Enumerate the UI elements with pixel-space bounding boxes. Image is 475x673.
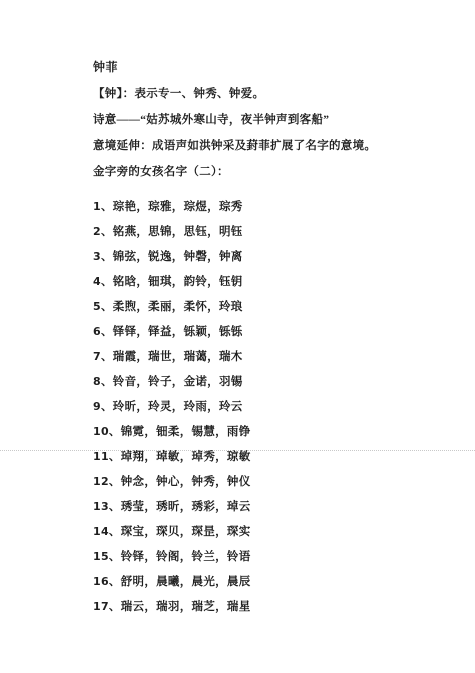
name-list-row: 9、玲昕，玲灵，玲雨，玲云 — [93, 394, 445, 419]
row-separator: 、 — [109, 601, 121, 613]
row-names: 铃音，铃子，金诺，羽锡 — [113, 376, 243, 388]
row-names: 锦霓，钿柔，锡慧，雨铮 — [121, 426, 251, 438]
row-names: 柔煦，柔丽，柔怀，玲琅 — [113, 301, 243, 313]
name-list-row: 17、瑞云，瑞羽，瑞芝，瑞星 — [93, 594, 445, 619]
row-number: 17 — [93, 600, 109, 613]
row-separator: 、 — [101, 326, 113, 338]
name-list-row: 14、琛宝，琛贝，琛昰，琛实 — [93, 519, 445, 544]
row-number: 9 — [93, 400, 101, 413]
name-list-row: 2、铭燕，思锦，思钰，明钰 — [93, 219, 445, 244]
row-names: 铎铎，铎益，铄颖，铄铄 — [113, 326, 243, 338]
row-separator: 、 — [101, 201, 113, 213]
section-heading: 金字旁的女孩名字（二）： — [93, 165, 445, 180]
row-number: 6 — [93, 325, 101, 338]
row-separator: 、 — [109, 426, 121, 438]
poetry-line: 诗意——“姑苏城外寒山寺，夜半钟声到客船” — [93, 113, 445, 128]
row-separator: 、 — [109, 501, 121, 513]
row-separator: 、 — [101, 401, 113, 413]
document-page: 钟菲 【钟】：表示专一、钟秀、钟爱。 诗意——“姑苏城外寒山寺，夜半钟声到客船”… — [0, 0, 475, 673]
row-separator: 、 — [101, 226, 113, 238]
row-names: 瑞云，瑞羽，瑞芝，瑞星 — [121, 601, 251, 613]
row-number: 7 — [93, 350, 101, 363]
row-number: 4 — [93, 275, 101, 288]
definition-line: 【钟】：表示专一、钟秀、钟爱。 — [93, 87, 445, 102]
row-names: 钟念，钟心，钟秀，钟仪 — [121, 476, 251, 488]
name-list-row: 8、铃音，铃子，金诺，羽锡 — [93, 369, 445, 394]
row-number: 12 — [93, 475, 109, 488]
row-names: 琮艳，琮雅，琮煜，琮秀 — [113, 201, 243, 213]
extension-line: 意境延伸：成语声如洪钟采及葑菲扩展了名字的意境。 — [93, 139, 445, 154]
row-separator: 、 — [109, 526, 121, 538]
name-list-row: 5、柔煦，柔丽，柔怀，玲琅 — [93, 294, 445, 319]
name-list-row: 13、琇莹，琇昕，琇彩，琸云 — [93, 494, 445, 519]
row-names: 铭燕，思锦，思钰，明钰 — [113, 226, 243, 238]
document-content: 钟菲 【钟】：表示专一、钟秀、钟爱。 诗意——“姑苏城外寒山寺，夜半钟声到客船”… — [0, 0, 475, 619]
row-number: 14 — [93, 525, 109, 538]
row-names: 琸翔，琸敏，琸秀，琼敏 — [121, 451, 251, 463]
row-names: 铃铎，铃阁，铃兰，铃语 — [121, 551, 251, 563]
row-separator: 、 — [101, 351, 113, 363]
name-list-row: 12、钟念，钟心，钟秀，钟仪 — [93, 469, 445, 494]
row-names: 琛宝，琛贝，琛昰，琛实 — [121, 526, 251, 538]
row-number: 1 — [93, 200, 101, 213]
row-number: 13 — [93, 500, 109, 513]
row-names: 琇莹，琇昕，琇彩，琸云 — [121, 501, 251, 513]
name-list-row: 16、舒明，晨曦，晨光，晨辰 — [93, 569, 445, 594]
name-list: 1、琮艳，琮雅，琮煜，琮秀 2、铭燕，思锦，思钰，明钰 3、锦弦，锐逸，钟磬，钟… — [93, 194, 445, 619]
row-number: 11 — [93, 450, 109, 463]
row-names: 玲昕，玲灵，玲雨，玲云 — [113, 401, 243, 413]
row-separator: 、 — [109, 451, 121, 463]
page-title: 钟菲 — [93, 60, 445, 74]
name-list-row: 10、锦霓，钿柔，锡慧，雨铮 — [93, 419, 445, 444]
row-number: 15 — [93, 550, 109, 563]
row-number: 16 — [93, 575, 109, 588]
row-number: 8 — [93, 375, 101, 388]
name-list-row: 15、铃铎，铃阁，铃兰，铃语 — [93, 544, 445, 569]
row-separator: 、 — [101, 251, 113, 263]
row-number: 10 — [93, 425, 109, 438]
row-names: 瑞霞，瑞世，瑞蔼，瑞木 — [113, 351, 243, 363]
name-list-row: 11、琸翔，琸敏，琸秀，琼敏 — [93, 444, 445, 469]
row-separator: 、 — [101, 276, 113, 288]
row-number: 3 — [93, 250, 101, 263]
row-number: 5 — [93, 300, 101, 313]
row-names: 锦弦，锐逸，钟磬，钟离 — [113, 251, 243, 263]
name-list-row: 4、铭晗，钿琪，韵铃，钰钥 — [93, 269, 445, 294]
row-separator: 、 — [101, 376, 113, 388]
name-list-row: 7、瑞霞，瑞世，瑞蔼，瑞木 — [93, 344, 445, 369]
name-list-row: 3、锦弦，锐逸，钟磬，钟离 — [93, 244, 445, 269]
row-separator: 、 — [101, 301, 113, 313]
row-names: 舒明，晨曦，晨光，晨辰 — [121, 576, 251, 588]
row-separator: 、 — [109, 476, 121, 488]
row-names: 铭晗，钿琪，韵铃，钰钥 — [113, 276, 243, 288]
name-list-row: 1、琮艳，琮雅，琮煜，琮秀 — [93, 194, 445, 219]
name-list-row: 6、铎铎，铎益，铄颖，铄铄 — [93, 319, 445, 344]
row-separator: 、 — [109, 551, 121, 563]
row-number: 2 — [93, 225, 101, 238]
row-separator: 、 — [109, 576, 121, 588]
